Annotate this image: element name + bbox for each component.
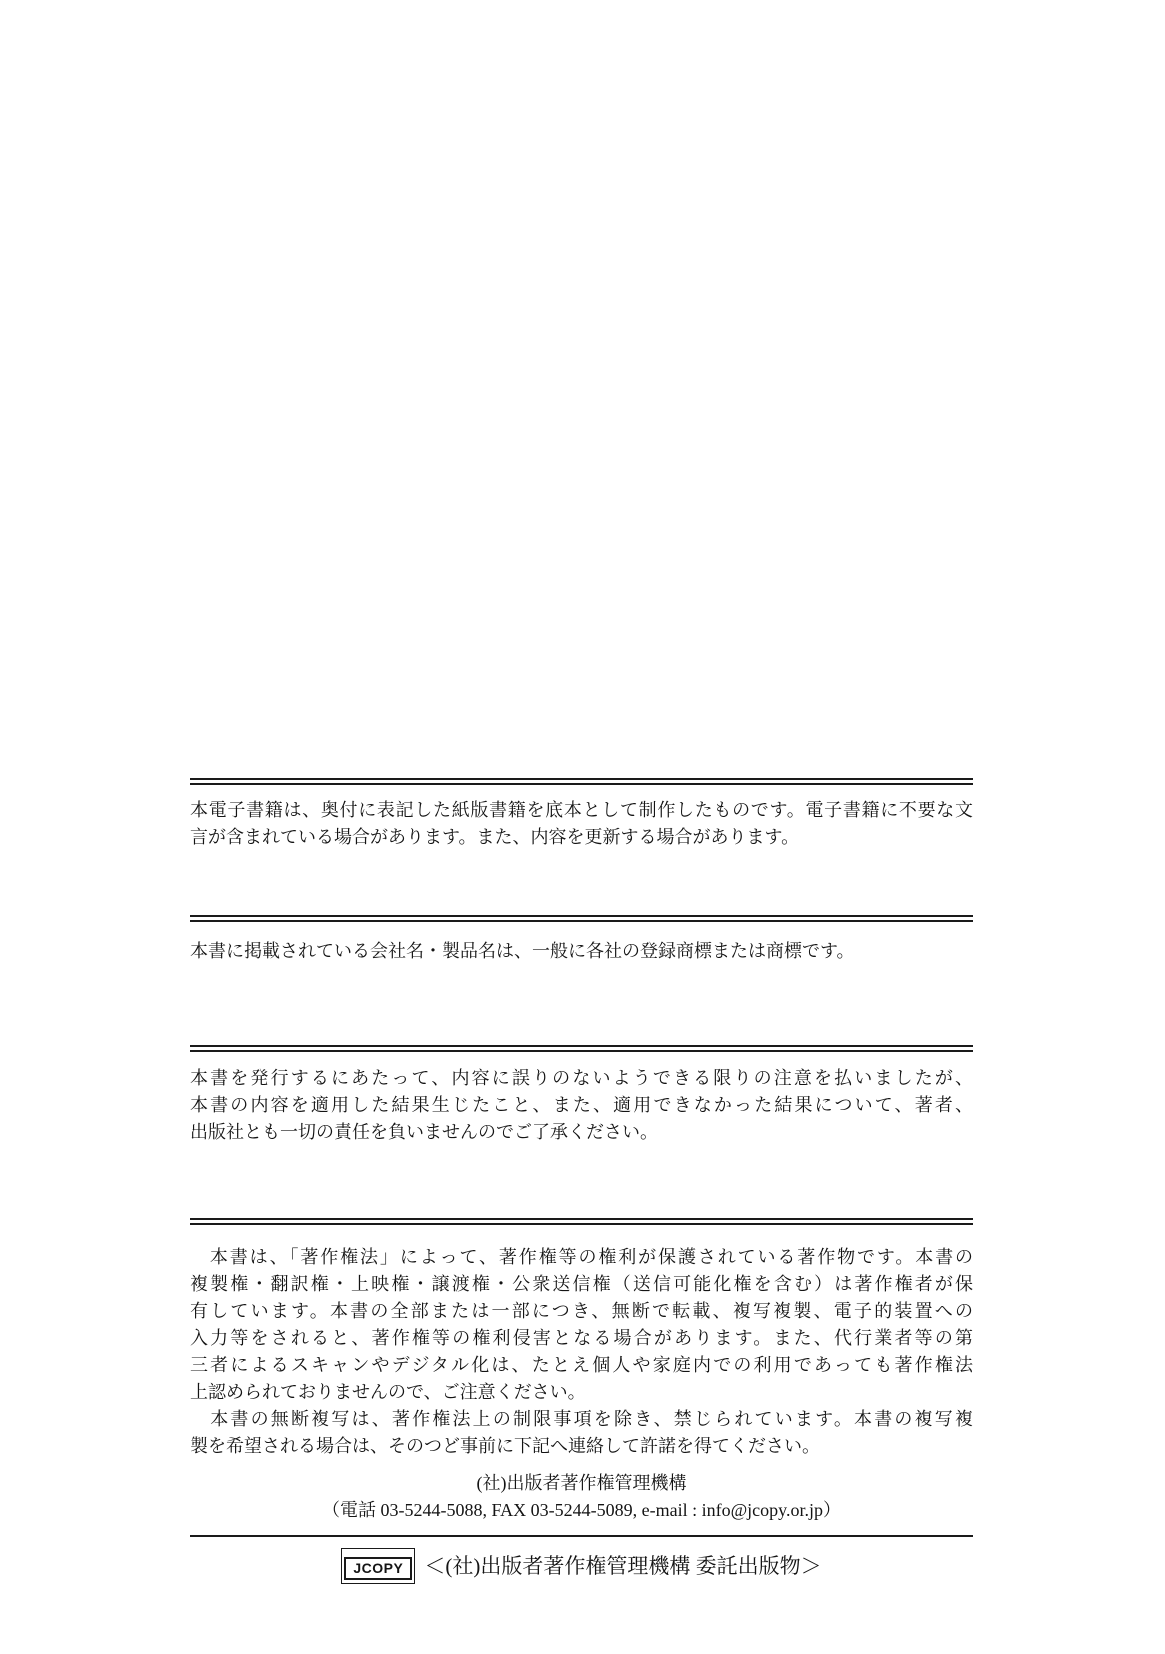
copyright-notice: 本書は、「著作権法」によって、著作権等の権利が保護されている著作物です。本書の … (190, 1244, 973, 1524)
ebook-note-paragraph: 本電子書籍は、奥付に表記した紙版書籍を底本として制作したものです。電子書籍に不要… (190, 797, 973, 851)
organization-name: (社)出版者著作権管理機構 (190, 1470, 973, 1497)
text-line: 製を希望される場合は、そのつど事前に下記へ連絡して許諾を得てください。 (190, 1433, 973, 1460)
text-line: 本書の内容を適用した結果生じたこと、また、適用できなかった結果について、著者、 (190, 1092, 973, 1119)
jcopy-logo: JCOPY (341, 1548, 415, 1584)
single-rule-divider (190, 1535, 973, 1537)
text-line: 本書の無断複写は、著作権法上の制限事項を除き、禁じられています。本書の複写複 (190, 1406, 973, 1433)
disclaimer-paragraph: 本書を発行するにあたって、内容に誤りのないようできる限りの注意を払いましたが、 … (190, 1065, 973, 1146)
text-line: 言が含まれている場合があります。また、内容を更新する場合があります。 (190, 824, 973, 851)
text-line: 出版社とも一切の責任を負いませんのでご了承ください。 (190, 1119, 973, 1146)
colophon-content: 本電子書籍は、奥付に表記した紙版書籍を底本として制作したものです。電子書籍に不要… (190, 778, 973, 1584)
double-rule-divider-1 (190, 778, 973, 785)
trademark-note-paragraph: 本書に掲載されている会社名・製品名は、一般に各社の登録商標または商標です。 (190, 938, 973, 965)
text-line: 上認められておりませんので、ご注意ください。 (190, 1379, 973, 1406)
jcopy-credit-line: JCOPY ＜(社)出版者著作権管理機構 委託出版物＞ (190, 1548, 973, 1584)
text-line: 本書は、「著作権法」によって、著作権等の権利が保護されている著作物です。本書の (190, 1244, 973, 1271)
double-rule-divider-2 (190, 915, 973, 922)
jcopy-logo-label: JCOPY (344, 1557, 412, 1580)
text-line: 本書に掲載されている会社名・製品名は、一般に各社の登録商標または商標です。 (190, 938, 973, 965)
double-rule-divider-4 (190, 1218, 973, 1225)
text-line: 複製権・翻訳権・上映権・譲渡権・公衆送信権（送信可能化権を含む）は著作権者が保 (190, 1271, 973, 1298)
jcopy-credit-text: ＜(社)出版者著作権管理機構 委託出版物＞ (424, 1551, 821, 1581)
double-rule-divider-3 (190, 1045, 973, 1052)
text-line: 本電子書籍は、奥付に表記した紙版書籍を底本として制作したものです。電子書籍に不要… (190, 797, 973, 824)
colophon-page: 本電子書籍は、奥付に表記した紙版書籍を底本として制作したものです。電子書籍に不要… (0, 0, 1165, 1654)
text-line: 本書を発行するにあたって、内容に誤りのないようできる限りの注意を払いましたが、 (190, 1065, 973, 1092)
text-line: 入力等をされると、著作権等の権利侵害となる場合があります。また、代行業者等の第 (190, 1325, 973, 1352)
text-line: 三者によるスキャンやデジタル化は、たとえ個人や家庭内での利用であっても著作権法 (190, 1352, 973, 1379)
organization-contact: （電話 03-5244-5088, FAX 03-5244-5089, e-ma… (190, 1497, 973, 1524)
text-line: 有しています。本書の全部または一部につき、無断で転載、複写複製、電子的装置への (190, 1298, 973, 1325)
